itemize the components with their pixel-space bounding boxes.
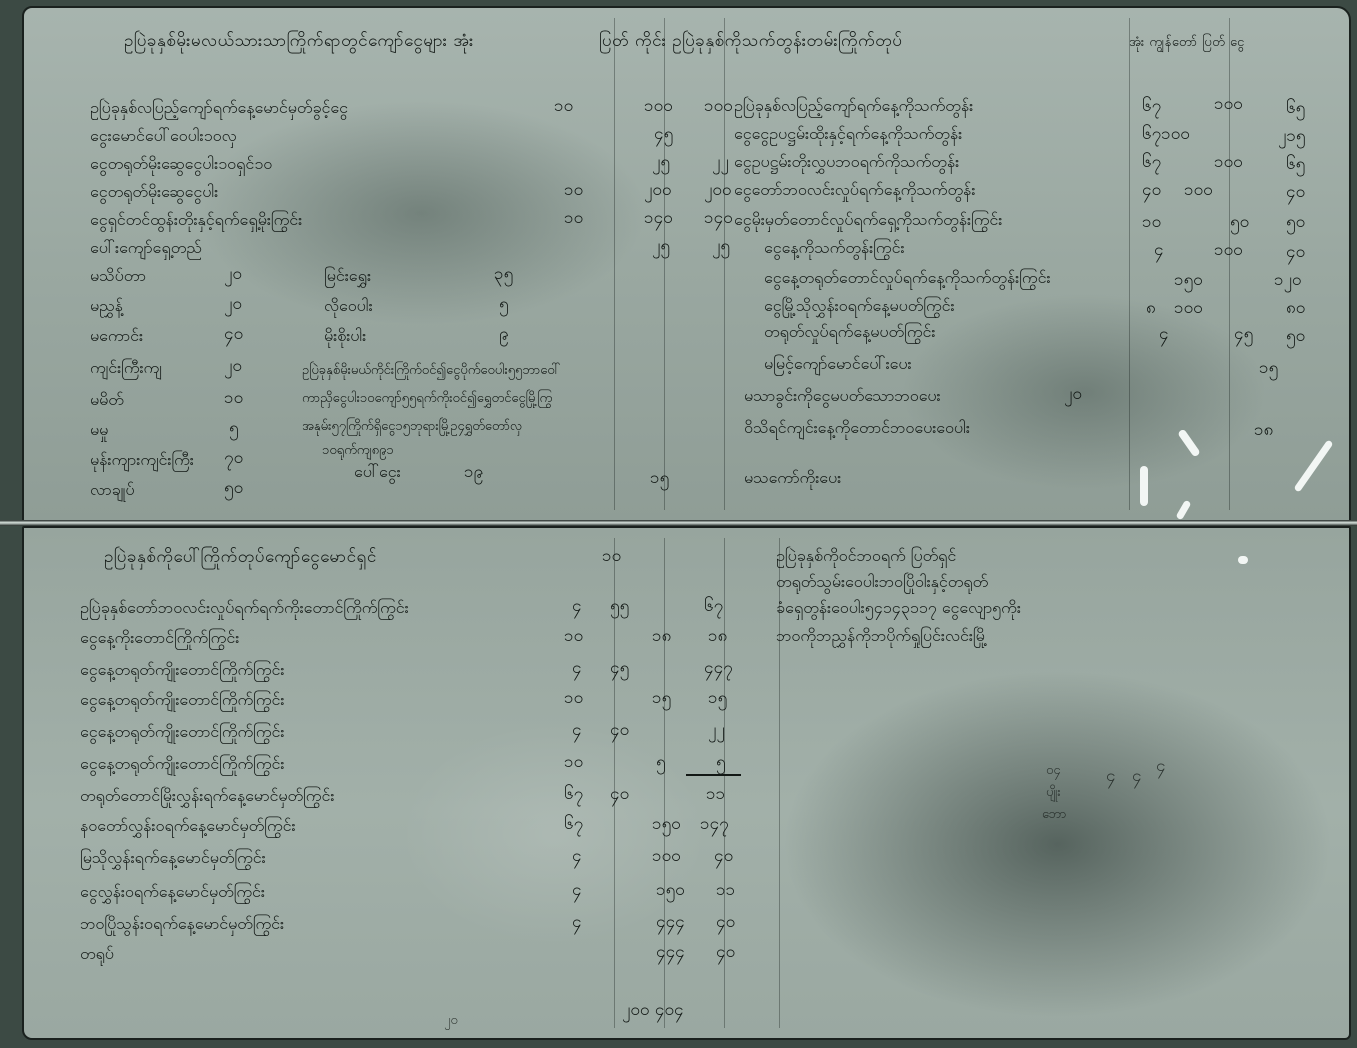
entry-c2: ၁၅၀ xyxy=(1174,272,1203,289)
entry-c3: ၁၁ xyxy=(706,786,725,803)
entry-text: ငွေနေ့တရုတ်ကျိုးတောင်ကြိုက်ကြွင်း xyxy=(80,662,284,678)
entry-c1: ၄၀ xyxy=(1142,182,1161,199)
entry-c2: ၁၈ xyxy=(652,628,671,645)
entry-c1: ၄ xyxy=(572,660,582,677)
entry-c3: ၁၄၀ xyxy=(704,210,733,227)
entry-text: မြသိုလွှန်းရက်နေ့မောင်မှတ်ကြွင်း xyxy=(80,850,266,866)
header-right: အုံး ကျွန်တော် ပြတ် ငွေ xyxy=(1129,34,1245,53)
footer-mark: ၂၀ xyxy=(444,1014,458,1027)
column-rule xyxy=(664,18,665,510)
entry-c3: ၁၀၀ xyxy=(704,98,733,115)
entry-text: ဥပြဲခုနှစ်လပြည့်ကျော်ရက်နေ့ကိုသက်တွန်း xyxy=(734,98,973,114)
entry-c2: ၁၅ xyxy=(1259,360,1278,377)
qty: ၁၉ xyxy=(464,464,483,481)
crack-mark xyxy=(1140,466,1148,506)
entry-text: ငွေငွေဥပဋ္ဌမ်းထိုးနှင့်ရက်နေ့ကိုသက်တွန်း xyxy=(734,126,962,142)
entry-c2: ၄၄၄ xyxy=(656,944,685,961)
entry-c1: ၆၇ xyxy=(1142,98,1161,115)
entry-c2: ၄၀ xyxy=(610,786,629,803)
note-line: တရုတ်သွမ်းဝေပါးဘဝပြိုဝါးနှင့်တရုတ် xyxy=(776,574,988,590)
faint-mark: ပျိုး xyxy=(1046,786,1061,799)
faint-mark: ၄ xyxy=(1132,768,1142,785)
entry-c3: ၄၀ xyxy=(714,848,733,865)
entry-text: ငွေဥပဋ္ဌမ်းတိုးလွှပဘဝရက်ကိုသက်တွန်း xyxy=(734,154,959,170)
entry-c3: ၅၀ xyxy=(1286,214,1305,231)
entry-c2: ၁၀၀ xyxy=(1214,96,1243,113)
note-line: ဘဝကိုဘညွှန်ကိုဘပိုက်ရှုပြင်းလင်းမြို့ xyxy=(776,628,987,644)
entry-c3: ၁၅ xyxy=(708,690,727,707)
entry-text: ဘဝပြိုသွန်းဝရက်နေ့မောင်မှတ်ကြွင်း xyxy=(80,916,284,932)
entry-c2: ၁၈ xyxy=(1254,422,1273,439)
faint-mark: ဘော xyxy=(1042,808,1066,821)
entry-text: ငွေလွှန်းဝရက်နေ့မောင်မှတ်ကြွင်း xyxy=(80,884,265,900)
entry-text: ငွေတရုတ်မိုးဆွေငွေပါး၁၀ရှင်၁၀ xyxy=(90,156,272,172)
entry-c2: ၂၀၀ xyxy=(644,182,671,199)
mid-total: ၁၅ xyxy=(650,470,669,487)
header-mid: ပြတ် ကိုင်း ဥပြဲခုနှစ်ကိုသက်တွန်းတမ်းကြိ… xyxy=(599,30,903,55)
amount: ၅ xyxy=(229,420,239,437)
entry-c1: ၁၀ xyxy=(1142,214,1161,231)
entry-text: မသာခွင်းကိုငွေမပတ်သောဘဝပေး xyxy=(744,388,941,404)
entry-text: ငွေနေ့ကိုးတောင်ကြိုက်ကြွင်း xyxy=(80,630,239,646)
item: မြင်းရွှေး xyxy=(324,268,371,284)
amount: ၇၀ xyxy=(224,450,243,467)
entry-c2: ၁၅၀ xyxy=(652,816,681,833)
amount: ၂၀ xyxy=(224,266,242,283)
entry-c1: ၆၇ xyxy=(564,816,583,833)
entry-c2: ၄၄၄ xyxy=(656,914,685,931)
entry-c2: ၄၀ xyxy=(610,722,629,739)
entry-c3: ၁၂၀ xyxy=(1274,272,1301,289)
sum-underline xyxy=(686,774,741,776)
entry-c1: ၄ xyxy=(572,848,582,865)
entry-c3: ၁၄၇ xyxy=(700,816,729,833)
note-line: အနုမ်း၅၇ကြိုက်ရှိငွေ၁၅ဘုရားမြို့ဥ၄ရွှတ်တ… xyxy=(302,420,522,433)
entry-text: တရုပ် xyxy=(80,946,114,962)
entry-c3: ၂၂ xyxy=(708,722,725,739)
entry-text: ငွေမြို့သိုလွှန်းဝရက်နေ့မပတ်ကြွင်း xyxy=(764,298,955,314)
entry-c2: ၄၅ xyxy=(1234,326,1253,343)
entry-text: ဥပြဲခုနှစ်လပြည့်ကျော်ရက်နေ့မောင်မှတ်ခွင့… xyxy=(90,100,348,116)
entry-c3: ၄၀ xyxy=(1286,244,1305,261)
entry-c2: ၂၅ xyxy=(652,238,670,255)
entry-c2: ၁၀၀ xyxy=(1214,154,1243,171)
entry-c3: ၈၀ xyxy=(1286,300,1305,317)
entry-c2: ၅၅ xyxy=(610,598,629,615)
top-ledger-page: ဥပြဲခုနှစ်မိုးမလယ်သားသာကြိုက်ရာတွင်ကျော်… xyxy=(22,6,1351,522)
entry-c2: ၁၀၀ xyxy=(1184,182,1213,199)
amount: ၁၀ xyxy=(224,390,243,407)
note-line: ဥပြဲခုနှစ်မိုးမယ်ကိုင်းကြိုက်ဝင်၍ငွေပိုက… xyxy=(302,364,560,377)
entry-c2: ၁၅ xyxy=(652,690,671,707)
name: လာချုပ် xyxy=(90,482,135,498)
qty: ၅ xyxy=(499,296,509,313)
header-left: ဥပြဲခုနှစ်မိုးမလယ်သားသာကြိုက်ရာတွင်ကျော်… xyxy=(124,30,474,55)
note-line: ၁၀ရုက်ကျ၈၉၁ xyxy=(322,444,394,457)
entry-c1: ၁၀ xyxy=(564,754,583,771)
name: မမှု xyxy=(90,422,108,438)
note-line: ဥပြဲခုနှစ်ကိုဝင်ဘဝရက် ပြတ်ရှင် xyxy=(776,548,956,564)
faint-mark: ၄ xyxy=(1156,758,1166,775)
entry-c3: ၁၈ xyxy=(708,628,727,645)
entry-text: ငွေးမောင်ပေါ်ဝေပါး၁၀လှ xyxy=(90,128,237,144)
entry-text: ငွေနေ့တရုတ်ကျိုးတောင်ကြိုက်ကြွင်း xyxy=(80,724,284,740)
entry-text: ငွေတရုတ်မိုးဆွေငွေပါး xyxy=(90,184,218,200)
entry-c2: ၂၅ xyxy=(652,154,670,171)
column-total: ၂၀၀ ၄၀၄ xyxy=(622,1002,684,1019)
column-rule xyxy=(1229,18,1230,510)
bottom-header-num: ၁၀ xyxy=(602,548,621,565)
item: လိုဝေပါး xyxy=(324,298,373,314)
entry-c1: ၆၇ xyxy=(1142,154,1161,171)
bottom-header: ဥပြဲခုနှစ်ကိုပေါ်ကြိုက်တုပ်ကျော်ငွေမောင်… xyxy=(104,546,377,571)
entry-c3: ၅ xyxy=(716,754,726,771)
name: မမိတ် xyxy=(90,392,124,408)
entry-text: ငွေနေ့တရုတ်ကျိုးတောင်ကြိုက်ကြွင်း xyxy=(80,756,284,772)
entry-text: ငွေနေ့တရုတ်တောင်လှုပ်ရက်နေ့ကိုသက်တွန်းကြ… xyxy=(764,270,1051,286)
column-rule xyxy=(1129,18,1130,510)
entry-c2: ၅၀ xyxy=(1230,214,1249,231)
entry-c3: ၂၅ xyxy=(712,238,730,255)
entry-c1: ၁၀ xyxy=(554,98,573,115)
amount: ၂၀ xyxy=(224,358,242,375)
entry-c1: ၁၀ xyxy=(564,628,583,645)
entry-c3: ၂၁၅ xyxy=(1278,128,1305,145)
entry-text: တရုတ်တောင်မြိုးလွှန်းရက်နေ့မောင်မှတ်ကြွင… xyxy=(80,788,334,804)
name: မုန်းကျားကျင်းကြီး xyxy=(90,452,194,468)
item: မိုးစိုးပါး xyxy=(324,328,366,344)
entry-c3: ၄၀ xyxy=(716,914,735,931)
amount: ၅၀ xyxy=(224,480,243,497)
entry-text: ပေါ်းကျော်ရှေ့တည် xyxy=(90,240,202,256)
entry-c3: ၄၀ xyxy=(1286,184,1305,201)
name: ကျင်းကြီးကျ xyxy=(90,360,162,376)
note-line: ခံရှေတွန်းဝေပါး၅၄၁၄၃၁၁၇ ငွေလျော၅ကိုး xyxy=(776,600,1021,616)
entry-text: ငွေရှင်တင်ထွန်းတိုးနှင့်ရက်ရှေ့မိုးကြွင်… xyxy=(90,212,302,228)
entry-c3: ၁၁ xyxy=(716,882,735,899)
name: မညွှန့် xyxy=(90,298,123,314)
qty: ၉ xyxy=(499,326,509,343)
entry-text: ငွေမိုးမှတ်တောင်လှုပ်ရက်ရှေ့ကိုသက်တွန်းက… xyxy=(734,212,1002,228)
entry-c1: ၁၀ xyxy=(564,210,583,227)
entry-c1: ၈ xyxy=(1146,300,1156,317)
entry-c1: ၄ xyxy=(572,914,582,931)
entry-text: ငွေနေ့ကိုသက်တွန်းကြွင်း xyxy=(764,240,905,256)
note-line: ကာညှိငွေပါး၁၀ကျော်၅၅ရက်ကိုးဝင်၍ရွှေတင်ငွ… xyxy=(302,392,552,405)
column-rule xyxy=(614,18,615,510)
bottom-ledger-page: ဥပြဲခုနှစ်ကိုပေါ်ကြိုက်တုပ်ကျော်ငွေမောင်… xyxy=(22,526,1351,1040)
entry-c2: ၁၅၀ xyxy=(656,882,685,899)
entry-c2: ၅ xyxy=(656,754,666,771)
entry-c1: ၆၇၁၀၀ xyxy=(1142,126,1190,143)
entry-c2: ၄၅ xyxy=(654,126,673,143)
entry-c1: ၁၀ xyxy=(564,690,583,707)
entry-c1: ၂၀ xyxy=(1064,386,1082,403)
entry-c1: ၄ xyxy=(1154,242,1164,259)
entry-c3: ၆၅ xyxy=(1286,156,1305,173)
entry-c2: ၄၅ xyxy=(610,660,629,677)
entry-c1: ၄ xyxy=(572,882,582,899)
entry-c2: ၁၀၀ xyxy=(652,848,681,865)
item: ပေါ်ငွေး xyxy=(354,464,401,480)
entry-c1: ၁၀ xyxy=(564,182,583,199)
entry-c2: ၁၀၀ xyxy=(1214,242,1243,259)
faint-mark: ၄ xyxy=(1106,768,1116,785)
amount: ၂၀ xyxy=(224,296,242,313)
entry-text: မသကော်ကိုးပေး xyxy=(744,470,841,486)
entry-c1: ၄ xyxy=(572,722,582,739)
entry-c3: ၂၂ xyxy=(712,154,729,171)
entry-text: ဥပြဲခုနှစ်တော်ဘဝလင်းလှုပ်ရက်ရက်ကိုးတောင်… xyxy=(80,600,409,616)
entry-text: နဝတော်လွှန်းဝရက်နေ့မောင်မှတ်ကြွင်း xyxy=(80,818,296,834)
name: မကောင်း xyxy=(90,328,143,344)
entry-c1: ၄ xyxy=(1159,326,1169,343)
crack-mark xyxy=(1238,556,1248,564)
entry-c3: ၆၇ xyxy=(704,598,723,615)
entry-c3: ၆၅ xyxy=(1286,100,1305,117)
amount: ၄၀ xyxy=(224,326,243,343)
name: မသိပ်တာ xyxy=(90,268,146,284)
entry-c1: ၄ xyxy=(572,598,582,615)
entry-c1: ၆၇ xyxy=(564,786,583,803)
entry-c3: ၄၀ xyxy=(716,944,735,961)
column-rule xyxy=(724,18,725,510)
entry-text: တရုတ်လှုပ်ရက်နေ့မပတ်ကြွင်း xyxy=(764,324,935,340)
entry-c2: ၁၀၀ xyxy=(1174,300,1203,317)
entry-c2: ၁၄၀ xyxy=(644,210,673,227)
entry-c3: ၅၀ xyxy=(1286,328,1305,345)
entry-text: ဝိသိရင်ကျင်းနေ့ကိုတောင်ဘဝပေးဝေပါး xyxy=(744,420,970,436)
entry-text: မမြင့်ကျော်မောင်ပေါ်းပေး xyxy=(764,356,912,372)
faint-mark: ၀၄ xyxy=(1046,764,1061,777)
entry-text: ငွေနေ့တရုတ်ကျိုးတောင်ကြိုက်ကြွင်း xyxy=(80,692,284,708)
entry-c3: ၂၀၀ xyxy=(704,182,731,199)
entry-c3: ၄၄၇ xyxy=(704,660,733,677)
entry-text: ငွေတော်ဘဝလင်းလှုပ်ရက်နေ့ကိုသက်တွန်း xyxy=(734,182,975,198)
qty: ၃၅ xyxy=(494,266,513,283)
entry-c2: ၁၀၀ xyxy=(644,98,673,115)
